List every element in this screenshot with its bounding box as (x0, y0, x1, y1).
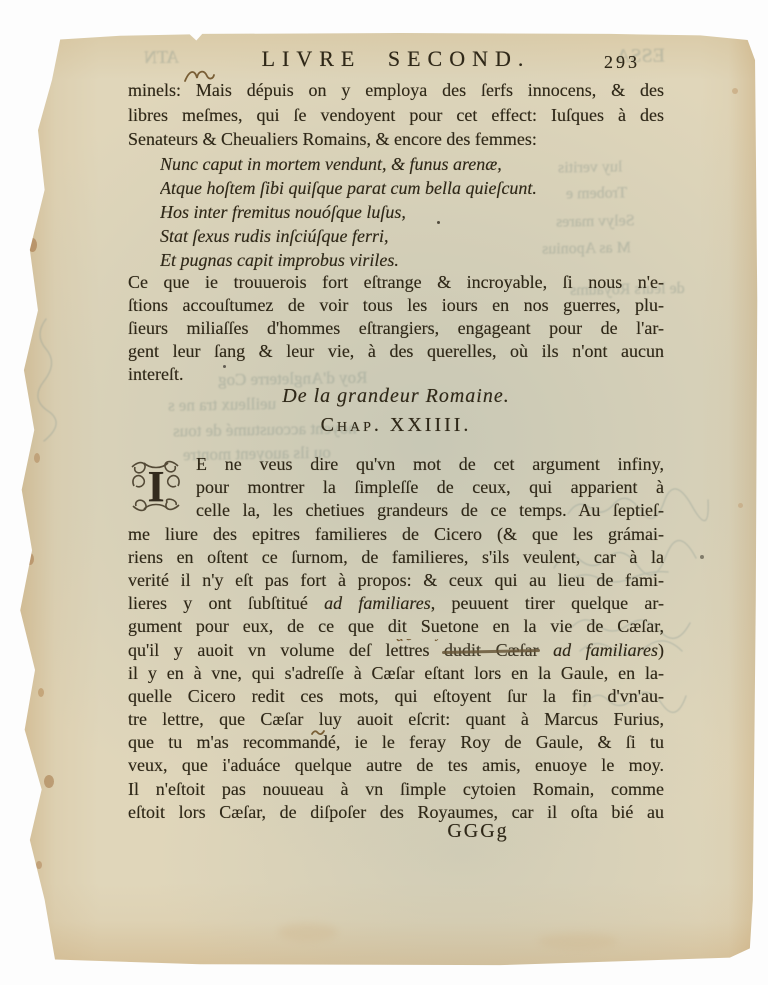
stain-spot (30, 193, 36, 203)
ink-dot (437, 221, 440, 224)
verse-line: Et pugnas capit improbus viriles. (160, 248, 664, 272)
stain-spot (538, 933, 618, 949)
text-line: pour montrer la ſimpleſſe de ceux, qui a… (128, 476, 664, 499)
chapter-number: Chap. XXIIII. (128, 414, 664, 437)
text-line: qu'il y auoit vn volume deſ lettres dudi… (128, 639, 664, 662)
text-line: Il n'eſtoit pas nouueau à vn ſimple cyto… (128, 778, 664, 801)
stain-spot (36, 861, 42, 869)
latin-verse-block: Nunc caput in mortem vendunt, & funus ar… (128, 152, 664, 272)
paragraph-block: Ce que ie trouuerois fort eſtrange & inc… (128, 271, 664, 386)
ink-dot (700, 555, 704, 559)
text-line: il y en à vne, qui s'adreſſe à Cæſar eſt… (128, 662, 664, 685)
text-line: que tu m'as recommandé, ie le feray Roy … (128, 731, 664, 754)
text-line: minels: Mais dépuis on y employa des ſer… (128, 78, 664, 103)
ink-dot (223, 365, 226, 368)
text-line: riens en oſtent ce ſurnom, de familieres… (128, 546, 664, 569)
struck-through-text: dudit Cæſar (444, 640, 539, 660)
text-segment: , peuuent tirer quelque ar- (431, 593, 664, 613)
text-line: ſtions accouſtumez de voir tous les iour… (128, 294, 664, 317)
stain-spot (28, 238, 37, 252)
signature-mark: GGGg (378, 820, 578, 843)
italic-phrase: ad familiares (539, 640, 658, 660)
chapter-paragraph: E ne veus dire qu'vn mot de cet argument… (128, 453, 664, 824)
text-line: me liure des epitres familieres de Cicer… (128, 523, 664, 546)
italic-phrase: ad familiares (324, 593, 431, 613)
text-line: Senateurs & Cheualiers Romains, & encore… (128, 127, 664, 152)
text-line: lieres y ont ſubſtitué ad familiares, pe… (128, 592, 664, 615)
verse-line: Nunc caput in mortem vendunt, & funus ar… (160, 152, 664, 176)
text-line: veux, que i'aduáce quelque autre de tes … (128, 754, 664, 777)
text-line: ſieurs miliaſſes d'hommes eſtrangiers, e… (128, 317, 664, 340)
stain-spot (34, 453, 40, 463)
chapter-title: De la grandeur Romaine. (128, 385, 664, 408)
handwritten-mark (310, 727, 326, 737)
text-line: gument pour eux, de ce que dit Suetone e… (128, 615, 664, 638)
paragraph-block: minels: Mais dépuis on y employa des ſer… (128, 78, 664, 152)
verse-line: Hos inter fremitus nouóſque luſus, (160, 200, 664, 224)
stain-spot (38, 688, 44, 697)
text-line: E ne veus dire qu'vn mot de cet argument… (128, 453, 664, 476)
text-line: celle la, les chetiues grandeurs de ce t… (128, 499, 664, 522)
text-line: libres meſmes, qui ſe vendoyent pour cet… (128, 103, 664, 128)
text-segment: lieres y ont ſubſtitué (128, 593, 324, 613)
stain-spot (44, 775, 54, 788)
stain-spot (278, 923, 338, 941)
show-through-scribble (26, 313, 66, 463)
text-segment: ) (658, 640, 664, 660)
text-line: verité il n'y eſt pas fort à propos: & c… (128, 569, 664, 592)
verse-line: Atque hoſtem ſibi quiſque parat cum bell… (160, 176, 664, 200)
text-line: quelle Cicero redit ces mots, qui eſtoye… (128, 685, 664, 708)
stain-spot (732, 88, 738, 94)
text-line: Ce que ie trouuerois fort eſtrange & inc… (128, 271, 664, 294)
photo-backdrop: ESSA ATN luy veritis Trobem e Selyv mare… (0, 0, 768, 985)
text-line: intereſt. (128, 363, 664, 386)
stain-spot (738, 503, 743, 508)
text-line: gent leur ſang & leur vie, à des querell… (128, 340, 664, 363)
page-number: 293 (604, 52, 640, 73)
text-line: tre lettre, que Cæſar luy auoit eſcrit: … (128, 708, 664, 731)
verse-line: Stat ſexus rudis inſciúſque ferri, (160, 224, 664, 248)
book-page: ESSA ATN luy veritis Trobem e Selyv mare… (18, 33, 758, 967)
stain-spot (26, 553, 34, 565)
